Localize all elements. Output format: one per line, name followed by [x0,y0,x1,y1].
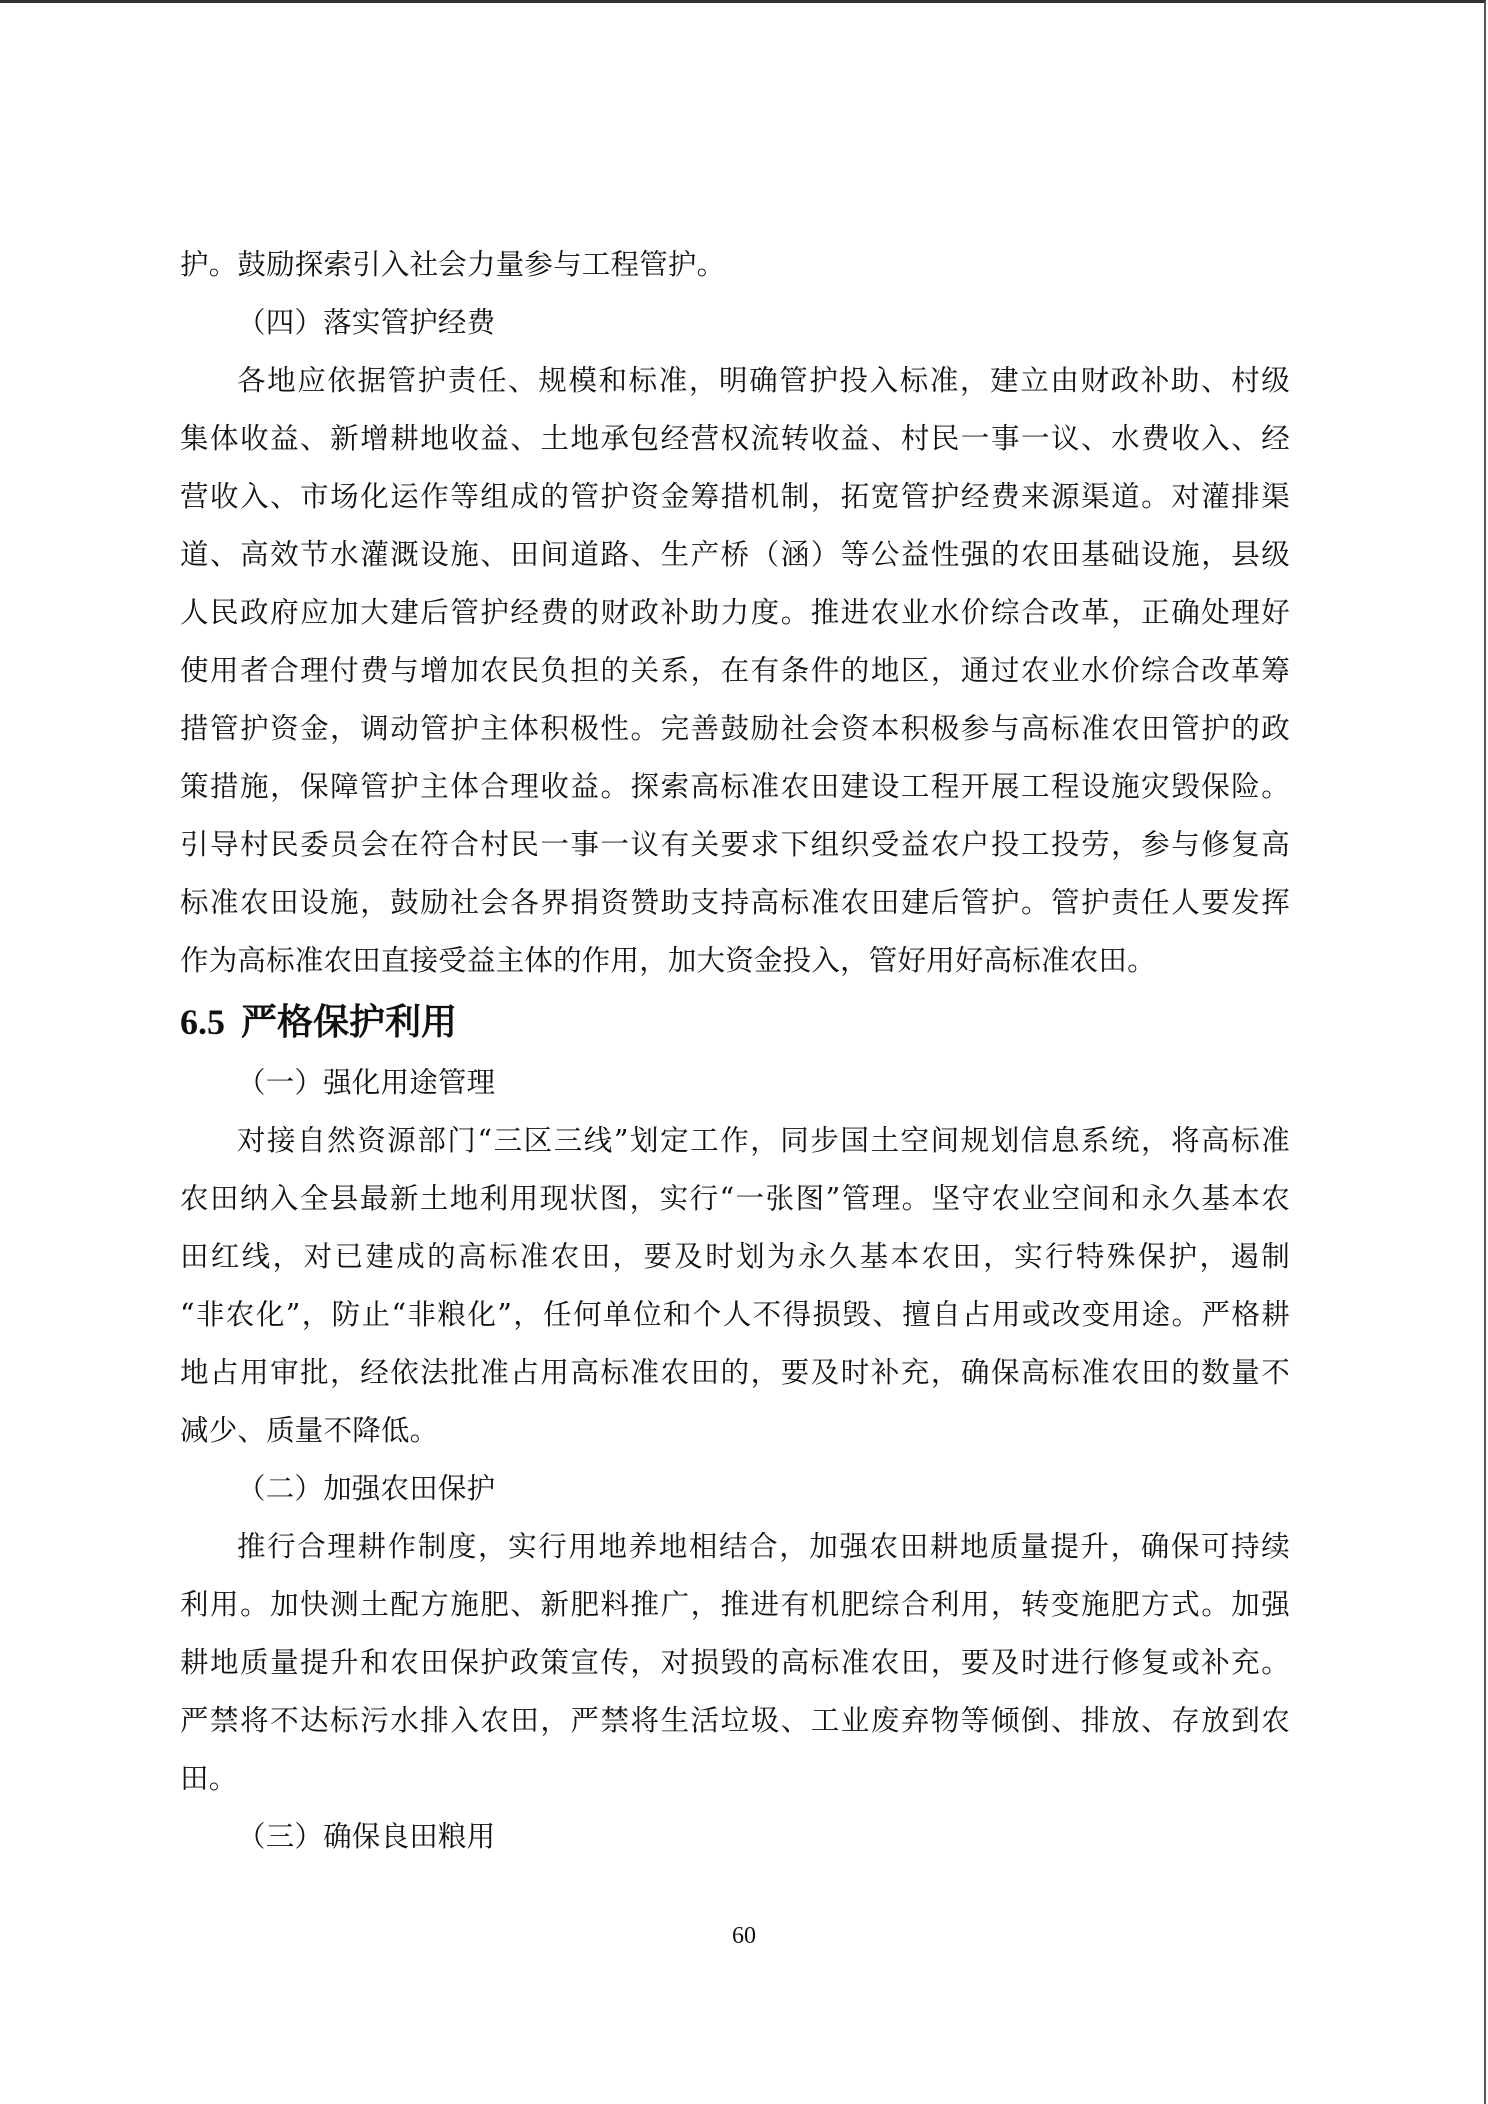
paragraph-line: 策措施，保障管护主体合理收益。探索高标准农田建设工程开展工程设施灾毁保险。 [180,758,1290,816]
paragraph-line: 利用。加快测土配方施肥、新肥料推广，推进有机肥综合利用，转变施肥方式。加强 [180,1576,1290,1634]
paragraph-line: 农田纳入全县最新土地利用现状图，实行“一张图”管理。坚守农业空间和永久基本农 [180,1170,1290,1228]
paragraph-line: 营收入、市场化运作等组成的管护资金筹措机制，拓宽管护经费来源渠道。对灌排渠 [180,468,1290,526]
paragraph-line: 道、高效节水灌溉设施、田间道路、生产桥（涵）等公益性强的农田基础设施，县级 [180,526,1290,584]
paragraph-line: 田。 [180,1750,1290,1808]
subheading-farmland-protection: （二）加强农田保护 [180,1460,1290,1518]
page-number: 60 [0,1923,1488,1950]
paragraph-line: 严禁将不达标污水排入农田，严禁将生活垃圾、工业废弃物等倾倒、排放、存放到农 [180,1692,1290,1750]
paragraph-line: 使用者合理付费与增加农民负担的关系，在有条件的地区，通过农业水价综合改革筹 [180,642,1290,700]
subheading-management-funding: （四）落实管护经费 [180,294,1290,352]
section-heading: 6.5严格保护利用 [180,990,1290,1054]
document-body: 护。鼓励探索引入社会力量参与工程管护。 （四）落实管护经费 各地应依据管护责任、… [180,236,1290,1866]
paragraph-line: 田红线，对已建成的高标准农田，要及时划为永久基本农田，实行特殊保护，遏制 [180,1228,1290,1286]
paragraph-line: 作为高标准农田直接受益主体的作用，加大资金投入，管好用好高标准农田。 [180,932,1290,990]
paragraph-usage: 对接自然资源部门“三区三线”划定工作，同步国土空间规划信息系统，将高标准 农田纳… [180,1112,1290,1460]
paragraph-line: 对接自然资源部门“三区三线”划定工作，同步国土空间规划信息系统，将高标准 [180,1112,1290,1170]
paragraph-line: 护。鼓励探索引入社会力量参与工程管护。 [180,236,1290,294]
paragraph-line: 耕地质量提升和农田保护政策宣传，对损毁的高标准农田，要及时进行修复或补充。 [180,1634,1290,1692]
paragraph-line: “非农化”，防止“非粮化”，任何单位和个人不得损毁、擅自占用或改变用途。严格耕 [180,1286,1290,1344]
subheading-usage-management: （一）强化用途管理 [180,1054,1290,1112]
paragraph-line: 标准农田设施，鼓励社会各界捐资赞助支持高标准农田建后管护。管护责任人要发挥 [180,874,1290,932]
paragraph-line: 引导村民委员会在符合村民一事一议有关要求下组织受益农户投工投劳，参与修复高 [180,816,1290,874]
paragraph-line: 各地应依据管护责任、规模和标准，明确管护投入标准，建立由财政补助、村级 [180,352,1290,410]
paragraph-protection: 推行合理耕作制度，实行用地养地相结合，加强农田耕地质量提升，确保可持续 利用。加… [180,1518,1290,1808]
paragraph-line: 地占用审批，经依法批准占用高标准农田的，要及时补充，确保高标准农田的数量不 [180,1344,1290,1402]
section-title: 严格保护利用 [241,1002,457,1042]
paragraph-funding: 各地应依据管护责任、规模和标准，明确管护投入标准，建立由财政补助、村级 集体收益… [180,352,1290,990]
paragraph-line: 减少、质量不降低。 [180,1402,1290,1460]
paragraph-line: 推行合理耕作制度，实行用地养地相结合，加强农田耕地质量提升，确保可持续 [180,1518,1290,1576]
paragraph-line: 人民政府应加大建后管护经费的财政补助力度。推进农业水价综合改革，正确处理好 [180,584,1290,642]
paragraph-line: 集体收益、新增耕地收益、土地承包经营权流转收益、村民一事一议、水费收入、经 [180,410,1290,468]
section-number: 6.5 [180,1002,225,1042]
paragraph-line: 措管护资金，调动管护主体积极性。完善鼓励社会资本积极参与高标准农田管护的政 [180,700,1290,758]
subheading-grain-use: （三）确保良田粮用 [180,1808,1290,1866]
